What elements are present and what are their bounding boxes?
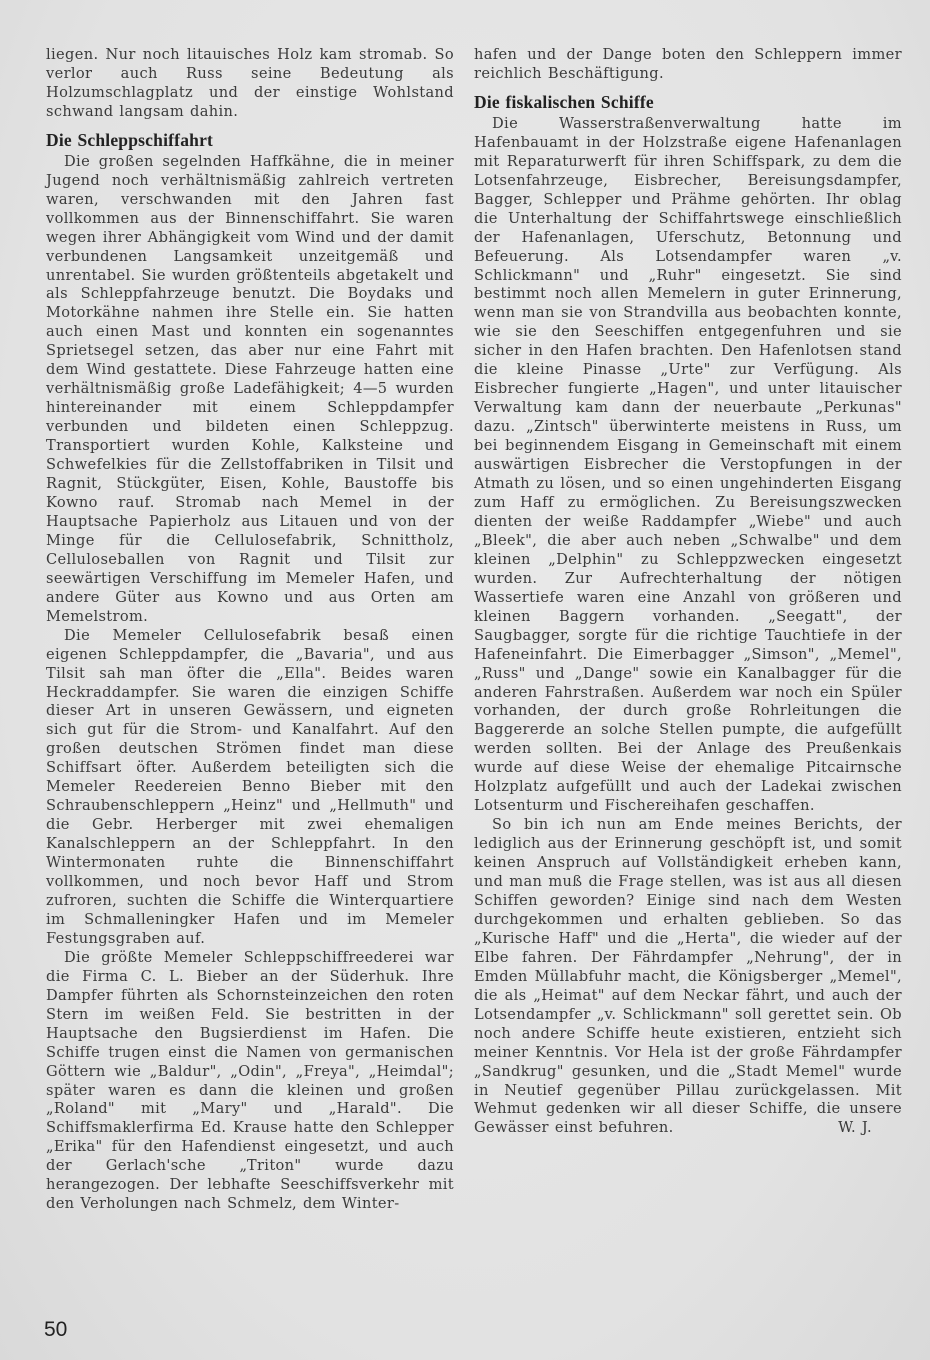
page-number: 50 [44, 1318, 67, 1342]
author-signature: W. J. [820, 1119, 872, 1138]
document-page: liegen. Nur noch litauisches Holz kam st… [0, 0, 930, 1360]
section-heading-schleppschiffahrt: Die Schleppschiffahrt [46, 130, 454, 150]
paragraph: Die großen segelnden Haffkähne, die in m… [46, 153, 454, 627]
right-column: hafen und der Dange boten den Schleppern… [474, 46, 902, 1138]
paragraph: Die Wasserstraßenverwaltung hatte im Haf… [474, 115, 902, 816]
right-intro-paragraph: hafen und der Dange boten den Schleppern… [474, 46, 902, 84]
left-column: liegen. Nur noch litauisches Holz kam st… [46, 46, 454, 1214]
section-heading-fiskalische-schiffe: Die fiskalischen Schiffe [474, 92, 902, 112]
paragraph: Die Memeler Cellulosefabrik besaß einen … [46, 627, 454, 949]
paragraph-text: So bin ich nun am Ende meines Berichts, … [474, 816, 902, 1136]
left-intro-paragraph: liegen. Nur noch litauisches Holz kam st… [46, 46, 454, 122]
paragraph: Die größte Memeler Schleppschiffreederei… [46, 949, 454, 1214]
paragraph: So bin ich nun am Ende meines Berichts, … [474, 816, 902, 1138]
